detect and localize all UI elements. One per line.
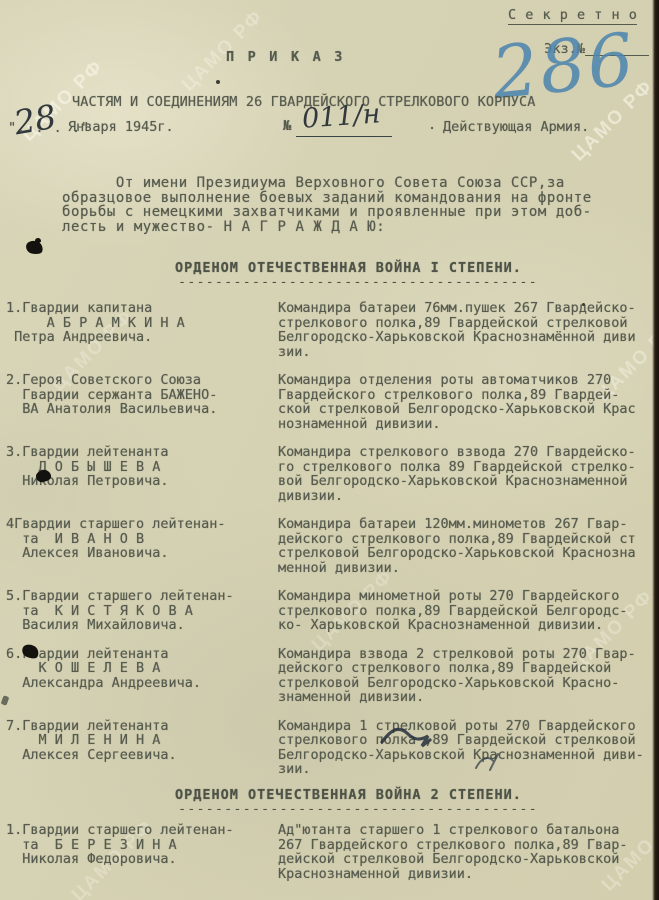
preamble-line: От имени Президиума Верховного Совета Со…: [62, 176, 592, 191]
citation-line: дивизии.: [278, 489, 654, 504]
citation-block: Командира взвода 2 стрелковой роты 270 Г…: [278, 647, 654, 705]
award-entry: 6.Гвардии лейтенанта К О Ш Е Л Е В А Але…: [6, 647, 654, 705]
citation-line: Командира стрелкового взвода 270 Гвардей…: [278, 445, 654, 460]
awardee-line: 7.Гвардии лейтенанта: [6, 719, 278, 734]
award-entry: 1.Гвардии старшего лейтенан- та Б Е Р Е …: [6, 823, 654, 881]
citation-block: Командира 1 стрелковой роты 270 Гвардейс…: [278, 719, 654, 777]
citation-block: Ад"ютанта старшего 1 стрелкового батальо…: [278, 823, 654, 881]
awardee-name-block: 6.Гвардии лейтенанта К О Ш Е Л Е В А Але…: [6, 647, 278, 705]
separator-dot: .: [428, 118, 436, 133]
citation-block: Командира минометной роты 270 Гвардейско…: [278, 589, 654, 633]
preamble-line: лесть и мужество- Н А Г Р А Ж Д А Ю:: [62, 220, 592, 235]
order-number-label: №: [283, 119, 291, 134]
awardee-name-block: 2.Героя Советского Союза Гвардии сержант…: [6, 373, 278, 431]
citation-line: Командира батареи 120мм.минометов 267 Гв…: [278, 517, 654, 532]
citation-line: Командира минометной роты 270 Гвардейско…: [278, 589, 654, 604]
awardee-surname: К О Ш Е Л Е В А: [6, 661, 278, 676]
awardee-name-block: 4Гвардии старшего лейтенан- та И В А Н О…: [6, 517, 278, 575]
award-entry: 7.Гвардии лейтенанта М И Л Е Н И Н А Але…: [6, 719, 654, 777]
preamble-line: борьбы с немецкими захватчиками и проявл…: [62, 205, 592, 220]
awardee-surname: та И В А Н О В: [6, 532, 278, 547]
citation-line: Командира 1 стрелковой роты 270 Гвардейс…: [278, 719, 654, 734]
section-2-dashes: ---------------------------------------: [178, 801, 538, 817]
award-entry: 1.Гвардии капитана А Б Р А М К И Н А Пет…: [6, 301, 654, 359]
awardee-line: 3.Гвардии лейтенанта: [6, 445, 278, 460]
award-entry: 2.Героя Советского Союза Гвардии сержант…: [6, 373, 654, 431]
awardee-line: 1.Гвардии капитана: [6, 301, 278, 316]
awardee-line: 6.Гвардии лейтенанта: [6, 647, 278, 662]
awardee-name-block: 5.Гвардии старшего лейтенан- та К И С Т …: [6, 589, 278, 633]
ink-speck: [216, 80, 220, 84]
citation-line: ко- Харьковской Краснознаменной дивизии.: [278, 618, 654, 633]
citation-block: Командира стрелкового взвода 270 Гвардей…: [278, 445, 654, 503]
order-number-underline: [296, 136, 392, 137]
citation-block: Командира батареи 120мм.минометов 267 Гв…: [278, 517, 654, 575]
ink-speck: [582, 303, 585, 306]
awardee-name-block: 1.Гвардии капитана А Б Р А М К И Н А Пет…: [6, 301, 278, 359]
award-entry: 4Гвардии старшего лейтенан- та И В А Н О…: [6, 517, 654, 575]
citation-line: дейского стрелкового полка,89 Гвардейско…: [278, 661, 654, 676]
citation-line: стрелковой Белгородско-Харьковской Красн…: [278, 676, 654, 691]
citation-line: стрелковой Белгородско-Харьковской Красн…: [278, 546, 654, 561]
awardee-line: Петра Андреевича.: [6, 330, 278, 345]
citation-line: Краснознаменной дивизии.: [278, 867, 654, 882]
citation-line: стрелкового полка ,89 Гвардейской стрелк…: [278, 733, 654, 748]
awardee-name-block: 7.Гвардии лейтенанта М И Л Е Н И Н А Але…: [6, 719, 278, 777]
citation-line: менной дивизии.: [278, 561, 654, 576]
citation-line: Командира отделения роты автоматчиков 27…: [278, 373, 654, 388]
army-text: Действующая Армия.: [443, 120, 589, 135]
citation-line: Командира взвода 2 стрелковой роты 270 Г…: [278, 647, 654, 662]
order-title: П Р И К А З: [226, 50, 345, 65]
date-text: Января 1945г.: [68, 120, 174, 135]
citation-line: 267 Гвардейского стрелкового полка,89 Гв…: [278, 838, 654, 853]
ink-blot: [35, 238, 41, 243]
awardee-line: Николая Федоровича.: [6, 852, 278, 867]
citation-line: Ад"ютанта старшего 1 стрелкового батальо…: [278, 823, 654, 838]
awardee-line: 2.Героя Советского Союза: [6, 373, 278, 388]
awardee-surname: Гвардии сержанта БАЖЕНО-: [6, 388, 278, 403]
awardee-name-block: 1.Гвардии старшего лейтенан- та Б Е Р Е …: [6, 823, 278, 881]
award-entry: 5.Гвардии старшего лейтенан- та К И С Т …: [6, 589, 654, 633]
scan-edge: [652, 0, 659, 900]
citation-line: Командира батареи 76мм.пушек 267 Гвардей…: [278, 301, 654, 316]
awardee-line: Алексея Ивановича.: [6, 546, 278, 561]
handwritten-order-number: 011/н: [301, 98, 381, 134]
awardee-line: Алексея Сергеевича.: [6, 748, 278, 763]
citation-line: ской стрелковой Белгородско-Харьковской …: [278, 402, 654, 417]
citation-line: Белгородско-Харьковской Краснознаменной …: [278, 748, 654, 763]
section-1-entries: 1.Гвардии капитана А Б Р А М К И Н А Пет…: [6, 301, 654, 791]
section-1-dashes: ---------------------------------------: [178, 274, 538, 290]
citation-line: стрелкового полка,89 Гвардейской Белгоро…: [278, 604, 654, 619]
awardee-surname: А Б Р А М К И Н А: [6, 316, 278, 331]
section-2-entries: 1.Гвардии старшего лейтенан- та Б Е Р Е …: [6, 823, 654, 895]
award-entry: 3.Гвардии лейтенанта Д О Б Ы Ш Е В А Ник…: [6, 445, 654, 503]
citation-block: Командира батареи 76мм.пушек 267 Гвардей…: [278, 301, 654, 359]
awardee-line: Василия Михайловича.: [6, 618, 278, 633]
preamble-line: образцовое выполнение боевых заданий ком…: [62, 191, 592, 206]
preamble: От имени Президиума Верховного Совета Со…: [62, 176, 592, 234]
citation-line: дейского стрелкового полка,89 Гвардейско…: [278, 532, 654, 547]
citation-block: Командира отделения роты автоматчиков 27…: [278, 373, 654, 431]
citation-line: Гвардейского стрелкового полка,89 Гварде…: [278, 388, 654, 403]
citation-line: зии.: [278, 345, 654, 360]
handwritten-scribble: [378, 722, 438, 752]
awardee-surname: та К И С Т Я К О В А: [6, 604, 278, 619]
citation-line: Белгородско-Харьковской Краснознамённой …: [278, 330, 654, 345]
citation-line: вой Белгородско-Харьковской Краснознамен…: [278, 474, 654, 489]
handwritten-scribble: [470, 750, 510, 774]
citation-line: дейской стрелковой Белгородско-Харьковск…: [278, 852, 654, 867]
citation-line: стрелкового полка,89 Гвардейской стрелко…: [278, 316, 654, 331]
citation-line: знаменной дивизии.: [278, 690, 654, 705]
awardee-line: 1.Гвардии старшего лейтенан-: [6, 823, 278, 838]
awardee-surname: та Б Е Р Е З И Н А: [6, 838, 278, 853]
citation-line: зии.: [278, 762, 654, 777]
awardee-surname: М И Л Е Н И Н А: [6, 733, 278, 748]
awardee-line: ВА Анатолия Васильевича.: [6, 402, 278, 417]
citation-line: го стрелкового полка 89 Гвардейской стре…: [278, 460, 654, 475]
citation-line: нознаменной дивизии.: [278, 417, 654, 432]
awardee-line: Александра Андреевича.: [6, 676, 278, 691]
awardee-line: 5.Гвардии старшего лейтенан-: [6, 589, 278, 604]
awardee-line: 4Гвардии старшего лейтенан-: [6, 517, 278, 532]
